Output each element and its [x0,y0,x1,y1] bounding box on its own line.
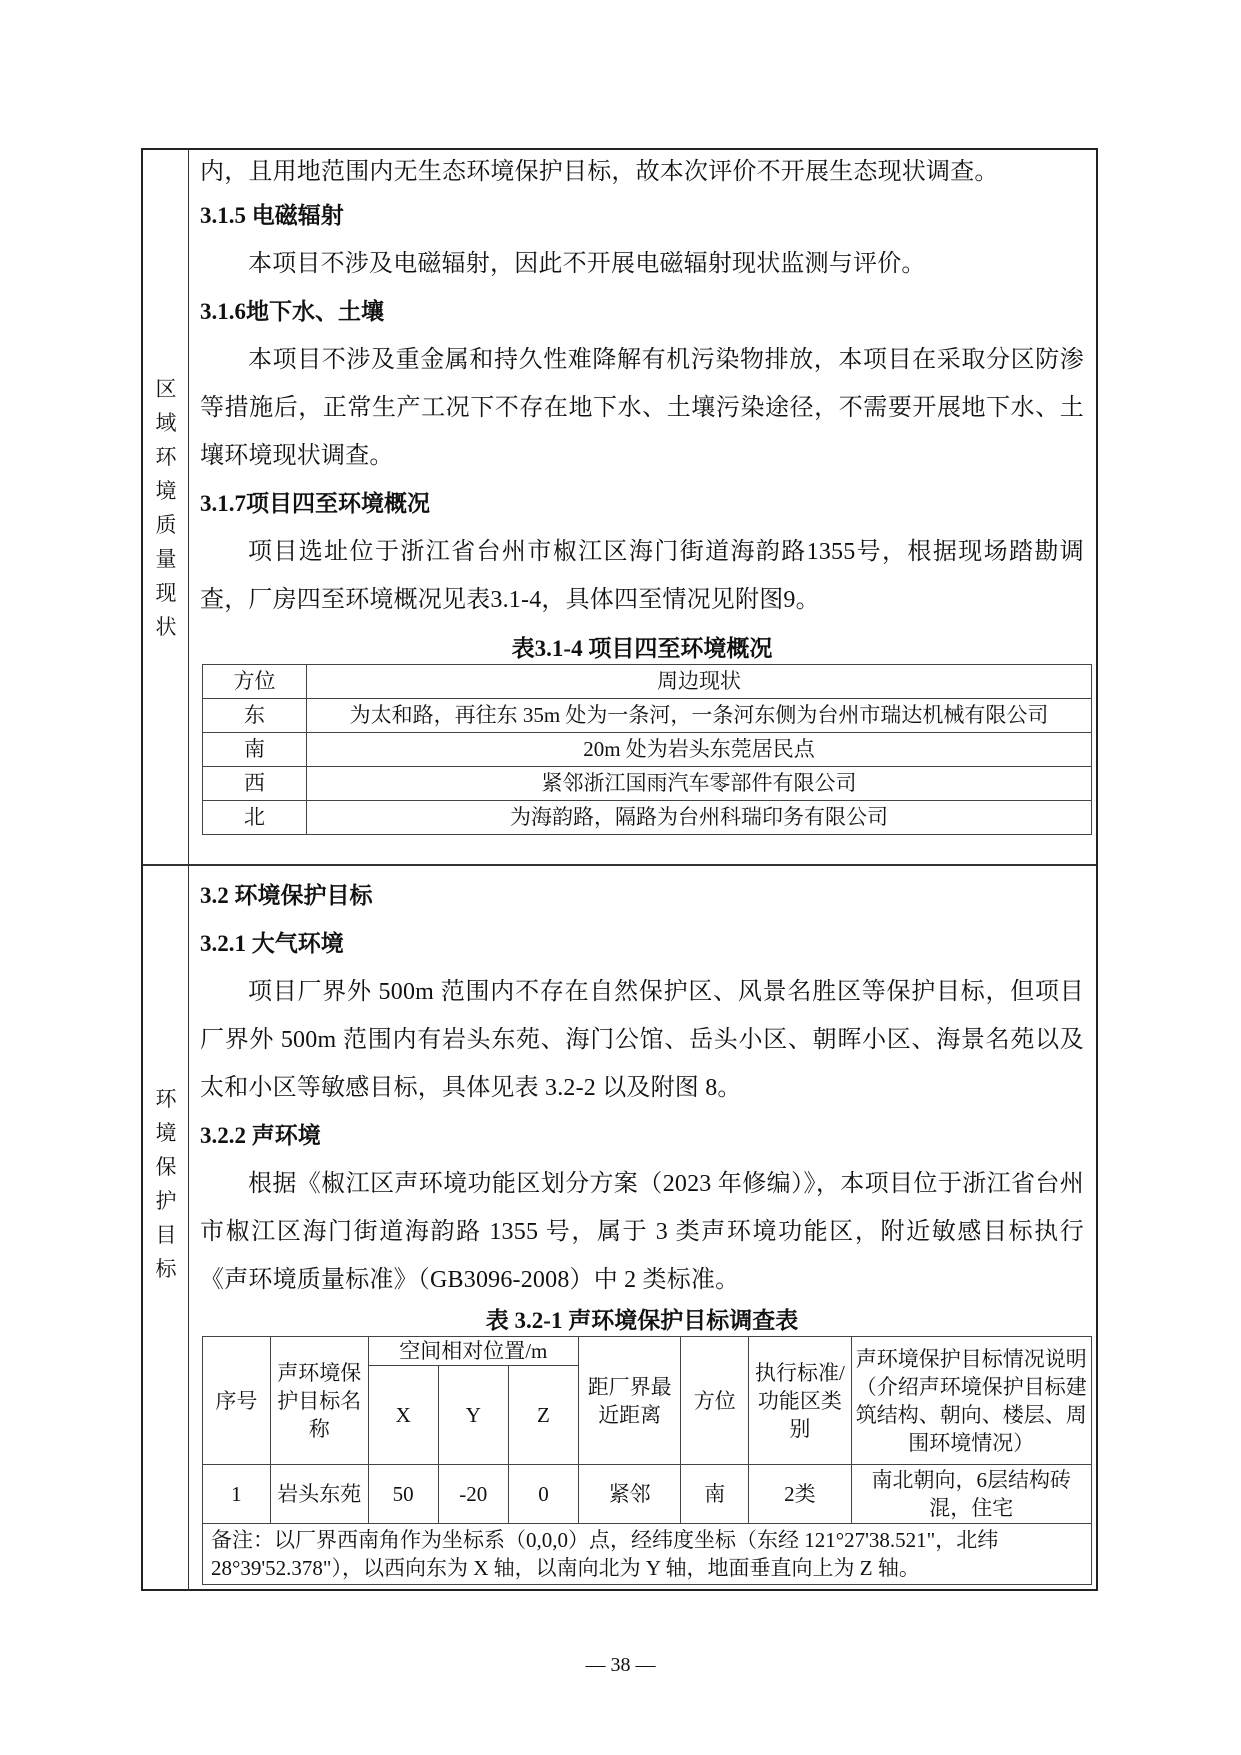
header-x: X [368,1366,438,1465]
cell-y: -20 [438,1465,508,1524]
table-3-2-1-noise-targets: 序号 声环境保护目标名称 空间相对位置/m 距厂界最近距离 方位 执行标准/功能… [202,1336,1092,1585]
paragraph-ecology-continuation: 内，且用地范围内无生态环境保护目标，故本次评价不开展生态现状调查。 [200,148,1084,196]
section-2-content: 3.2 环境保护目标 3.2.1 大气环境 项目厂界外 500m 范围内不存在自… [190,872,1096,1585]
label-char: 环 [143,440,189,474]
table-header-row: 序号 声环境保护目标名称 空间相对位置/m 距厂界最近距离 方位 执行标准/功能… [203,1337,1092,1366]
paragraph-surroundings: 项目选址位于浙江省台州市椒江区海门街道海韵路1355号，根据现场踏勘调查，厂房四… [200,528,1084,624]
section-divider [143,864,1096,866]
label-char: 境 [143,474,189,508]
paragraph-acoustic-environment: 根据《椒江区声环境功能区划分方案（2023 年修编）》，本项目位于浙江省台州市椒… [200,1160,1084,1304]
cell-index: 1 [203,1465,271,1524]
heading-3-1-5: 3.1.5 电磁辐射 [200,192,1084,240]
section-1-label: 区 域 环 境 质 量 现 状 [143,372,189,644]
header-description: 声环境保护目标情况说明（介绍声环境保护目标建筑结构、朝向、楼层、周围环境情况） [851,1337,1091,1465]
label-char: 护 [143,1184,189,1218]
cell-direction: 东 [203,699,307,733]
cell-surroundings: 为太和路，再往东 35m 处为一条河，一条河东侧为台州市瑞达机械有限公司 [307,699,1092,733]
table-3-1-4-caption: 表3.1-4 项目四至环境概况 [200,634,1084,664]
label-char: 现 [143,576,189,610]
table-3-1-4-surroundings: 方位 周边现状 东 为太和路，再往东 35m 处为一条河，一条河东侧为台州市瑞达… [202,664,1092,835]
section-2-label: 环 境 保 护 目 标 [143,1082,189,1286]
cell-description: 南北朝向，6层结构砖混，住宅 [851,1465,1091,1524]
cell-direction: 北 [203,801,307,835]
header-surroundings: 周边现状 [307,665,1092,699]
cell-direction: 西 [203,767,307,801]
cell-direction: 南 [681,1465,749,1524]
cell-direction: 南 [203,733,307,767]
cell-z: 0 [508,1465,578,1524]
table-row: 西 紧邻浙江国雨汽车零部件有限公司 [203,767,1092,801]
cell-distance: 紧邻 [579,1465,681,1524]
table-3-2-1-caption: 表 3.2-1 声环境保护目标调查表 [200,1306,1084,1336]
label-char: 量 [143,542,189,576]
label-char: 状 [143,610,189,644]
label-char: 环 [143,1082,189,1116]
label-char: 域 [143,406,189,440]
header-distance: 距厂界最近距离 [579,1337,681,1465]
header-standard: 执行标准/功能区类别 [749,1337,851,1465]
table-header-row: 方位 周边现状 [203,665,1092,699]
table-note-row: 备注：以厂界西南角作为坐标系（0,0,0）点，经纬度坐标（东经 121°27'3… [203,1524,1092,1585]
label-char: 保 [143,1150,189,1184]
header-y: Y [438,1366,508,1465]
header-z: Z [508,1366,578,1465]
section-1-content: 内，且用地范围内无生态环境保护目标，故本次评价不开展生态现状调查。 3.1.5 … [190,148,1096,835]
label-char: 质 [143,508,189,542]
label-char: 目 [143,1218,189,1252]
table-row: 东 为太和路，再往东 35m 处为一条河，一条河东侧为台州市瑞达机械有限公司 [203,699,1092,733]
cell-x: 50 [368,1465,438,1524]
table-row: 南 20m 处为岩头东莞居民点 [203,733,1092,767]
header-relative-position: 空间相对位置/m [368,1337,578,1366]
cell-surroundings: 为海韵路，隔路为台州科瑞印务有限公司 [307,801,1092,835]
label-char: 境 [143,1116,189,1150]
cell-target-name: 岩头东苑 [270,1465,368,1524]
label-char: 标 [143,1252,189,1286]
header-direction: 方位 [203,665,307,699]
document-frame-table: 区 域 环 境 质 量 现 状 内，且用地范围内无生态环境保护目标，故本次评价不… [141,148,1098,1591]
table-row: 1 岩头东苑 50 -20 0 紧邻 南 2类 南北朝向，6层结构砖混，住宅 [203,1465,1092,1524]
paragraph-electromagnetic: 本项目不涉及电磁辐射，因此不开展电磁辐射现状监测与评价。 [200,240,1084,288]
label-char: 区 [143,372,189,406]
table-note: 备注：以厂界西南角作为坐标系（0,0,0）点，经纬度坐标（东经 121°27'3… [203,1524,1092,1585]
header-direction: 方位 [681,1337,749,1465]
paragraph-air-environment: 项目厂界外 500m 范围内不存在自然保护区、风景名胜区等保护目标，但项目厂界外… [200,968,1084,1112]
heading-3-1-7: 3.1.7项目四至环境概况 [200,480,1084,528]
heading-3-1-6: 3.1.6地下水、土壤 [200,288,1084,336]
cell-surroundings: 紧邻浙江国雨汽车零部件有限公司 [307,767,1092,801]
cell-standard: 2类 [749,1465,851,1524]
page-number: — 38 — [0,1654,1241,1677]
heading-3-2-1: 3.2.1 大气环境 [200,920,1084,968]
table-row: 北 为海韵路，隔路为台州科瑞印务有限公司 [203,801,1092,835]
paragraph-groundwater-soil: 本项目不涉及重金属和持久性难降解有机污染物排放，本项目在采取分区防渗等措施后，正… [200,336,1084,480]
header-target-name: 声环境保护目标名称 [270,1337,368,1465]
heading-3-2: 3.2 环境保护目标 [200,872,1084,920]
cell-surroundings: 20m 处为岩头东莞居民点 [307,733,1092,767]
header-index: 序号 [203,1337,271,1465]
heading-3-2-2: 3.2.2 声环境 [200,1112,1084,1160]
